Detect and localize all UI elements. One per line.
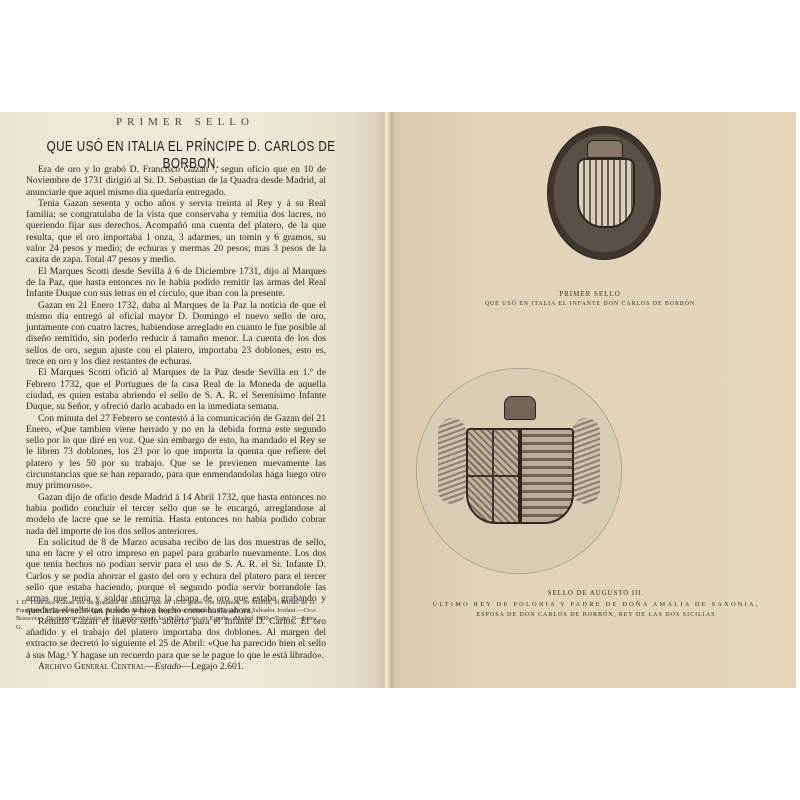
running-head: PRIMER SELLO [0,116,376,128]
book-spread: PRIMER SELLO QUE USÓ EN ITALIA EL PRÍNCI… [0,112,796,688]
polish-arms-icon [466,428,520,524]
archive-bundle: Legajo 2.601. [191,661,244,672]
paragraph: Con minuta del 27 Febrero se contestó á … [26,413,326,492]
right-page: PRIMER SELLO QUE USÓ EN ITALIA EL INFANT… [396,112,796,688]
first-seal-image [547,126,661,260]
augustus-iii-seal-image [416,368,622,574]
paragraph: Era de oro y lo grabó D. Francisco Gazan… [26,164,326,198]
paragraph: El Marques Scotti ofició al Marques de l… [26,367,326,412]
footnote: 1 D. Francisco Gazan era un grabador de … [16,599,316,632]
crown-icon [504,396,536,420]
footnote-text: D. Francisco Gazan era un grabador de la… [16,599,316,614]
body-text: Era de oro y lo grabó D. Francisco Gazan… [26,164,326,672]
paragraph: Tenia Gazan sesenta y ocho años y servia… [26,198,326,266]
left-page: PRIMER SELLO QUE USÓ EN ITALIA EL PRÍNCI… [0,112,382,688]
archive-reference: Archivo General Central—Estado—Legajo 2.… [26,661,326,672]
paragraph: Gazan en 21 Enero 1732, daba al Marques … [26,300,326,368]
crown-icon [587,140,623,158]
saxon-arms-icon [520,428,574,524]
footnote-marker: 1 [16,599,19,606]
archive-section: Estado [155,661,182,672]
archive-name: Archivo General Central [38,661,145,672]
footnote-work: Diccionario histórico de los profesores … [46,615,228,622]
figure-2-caption-line-2: ESPOSA DE DON CARLOS DE BORBÓN, REY DE L… [396,612,796,618]
coat-of-arms-icon [577,158,635,228]
figure-2-caption-line-1: ÚLTIMO REY DE POLONIA Y PADRE DE DOÑA AM… [396,601,796,608]
figure-2-title: SELLO DE AUGUSTO III. [396,590,796,597]
paragraph: Gazan dijo de oficio desde Madrid á 14 A… [26,492,326,537]
eagle-supporter-right-icon [572,418,600,504]
figure-1-title: PRIMER SELLO [390,290,790,298]
paragraph: El Marques Scotti desde Sevilla á 6 de D… [26,266,326,300]
eagle-supporter-left-icon [438,418,466,504]
figure-1-caption: QUE USÓ EN ITALIA EL INFANTE DON CARLOS … [390,301,790,307]
book-gutter [382,112,396,688]
